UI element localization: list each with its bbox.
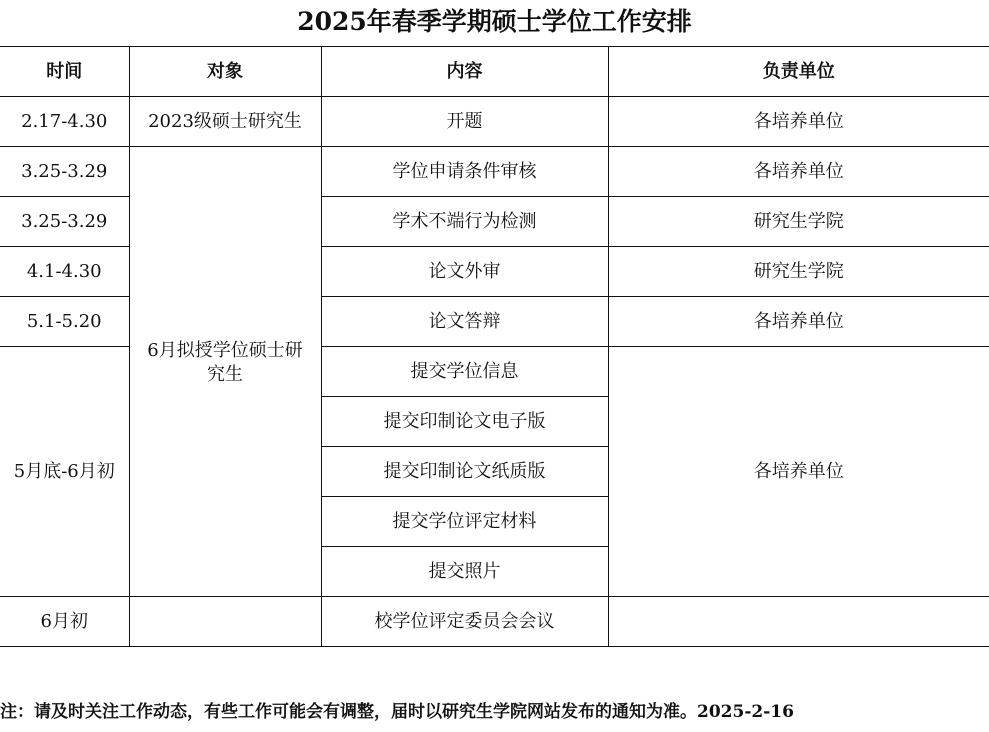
schedule-table: 时间 对象 内容 负责单位 2.17-4.30 2023级硕士研究生 开题 各培… xyxy=(0,46,989,647)
cell-time: 6月初 xyxy=(0,597,129,647)
table-row: 3.25-3.29 6月拟授学位硕士研究生 学位申请条件审核 各培养单位 xyxy=(0,147,989,197)
cell-content: 论文答辩 xyxy=(321,297,608,347)
footnote: 注：请及时关注工作动态，有些工作可能会有调整，届时以研究生学院网站发布的通知为准… xyxy=(0,698,989,726)
page-title: 2025年春季学期硕士学位工作安排 xyxy=(0,4,989,40)
cell-content: 提交学位信息 xyxy=(321,347,608,397)
cell-content: 提交印制论文电子版 xyxy=(321,397,608,447)
cell-time: 2.17-4.30 xyxy=(0,97,129,147)
cell-time: 3.25-3.29 xyxy=(0,197,129,247)
cell-time-merged: 5月底-6月初 xyxy=(0,347,129,597)
cell-content: 论文外审 xyxy=(321,247,608,297)
cell-time: 5.1-5.20 xyxy=(0,297,129,347)
header-content: 内容 xyxy=(321,47,608,97)
cell-target xyxy=(129,597,321,647)
cell-unit: 各培养单位 xyxy=(608,97,989,147)
cell-content: 校学位评定委员会会议 xyxy=(321,597,608,647)
table-header-row: 时间 对象 内容 负责单位 xyxy=(0,47,989,97)
cell-content: 提交学位评定材料 xyxy=(321,497,608,547)
table-row: 2.17-4.30 2023级硕士研究生 开题 各培养单位 xyxy=(0,97,989,147)
header-unit: 负责单位 xyxy=(608,47,989,97)
cell-time: 4.1-4.30 xyxy=(0,247,129,297)
cell-unit-merged: 各培养单位 xyxy=(608,347,989,597)
cell-unit: 各培养单位 xyxy=(608,297,989,347)
cell-unit: 各培养单位 xyxy=(608,147,989,197)
header-time: 时间 xyxy=(0,47,129,97)
cell-time: 3.25-3.29 xyxy=(0,147,129,197)
cell-content: 提交照片 xyxy=(321,547,608,597)
cell-content: 开题 xyxy=(321,97,608,147)
cell-unit: 研究生学院 xyxy=(608,247,989,297)
cell-unit xyxy=(608,597,989,647)
header-target: 对象 xyxy=(129,47,321,97)
table-row: 6月初 校学位评定委员会会议 xyxy=(0,597,989,647)
cell-content: 学术不端行为检测 xyxy=(321,197,608,247)
cell-unit: 研究生学院 xyxy=(608,197,989,247)
cell-target-merged: 6月拟授学位硕士研究生 xyxy=(129,147,321,597)
cell-content: 学位申请条件审核 xyxy=(321,147,608,197)
cell-target: 2023级硕士研究生 xyxy=(129,97,321,147)
cell-content: 提交印制论文纸质版 xyxy=(321,447,608,497)
